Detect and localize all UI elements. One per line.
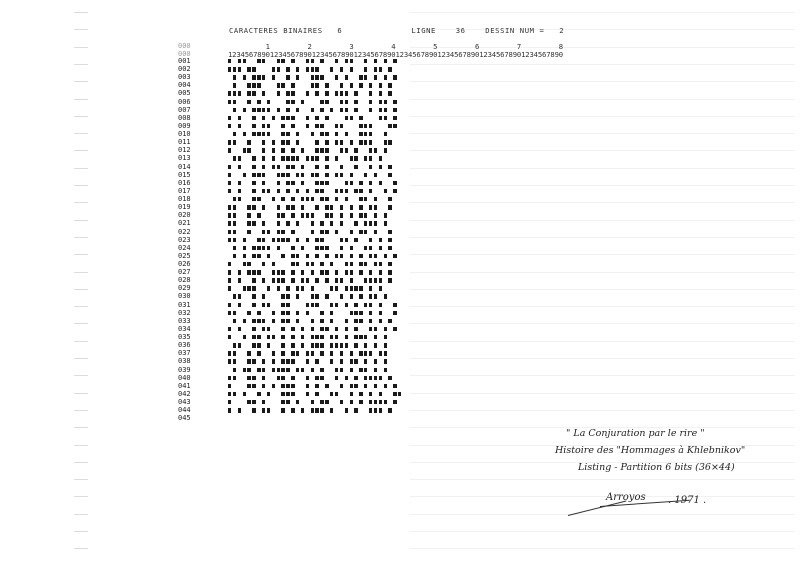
bit-dot	[384, 384, 387, 388]
bit-dot	[315, 376, 318, 380]
row-label: 023	[178, 236, 191, 244]
bit-dot	[335, 132, 338, 136]
bit-dot	[228, 327, 231, 331]
bit-dot	[286, 221, 289, 225]
bit-dot	[233, 75, 236, 79]
bit-dot	[320, 59, 323, 63]
bit-dot	[393, 108, 396, 112]
bit-dot	[359, 124, 362, 128]
bit-dot	[286, 140, 289, 144]
bit-dot	[364, 368, 367, 372]
bit-dot	[272, 278, 275, 282]
bit-dot	[267, 343, 270, 347]
bit-dot	[228, 400, 231, 404]
bit-dot	[252, 286, 255, 290]
bit-dot	[238, 165, 241, 169]
bit-dot	[388, 246, 391, 250]
bit-dot	[384, 189, 387, 193]
bit-dot	[350, 294, 353, 298]
bit-dot	[315, 294, 318, 298]
bit-dot	[384, 116, 387, 120]
row-label: 024	[178, 244, 191, 252]
bit-dot	[233, 246, 236, 250]
row-label: 019	[178, 203, 191, 211]
bit-dot	[277, 59, 280, 63]
bit-dot	[286, 165, 289, 169]
bit-dot	[228, 286, 231, 290]
bit-dot	[369, 156, 372, 160]
bit-dot	[272, 140, 275, 144]
bit-dot	[228, 205, 231, 209]
row-label: 033	[178, 317, 191, 325]
bit-dot	[335, 303, 338, 307]
bit-dot	[340, 173, 343, 177]
bit-dot	[286, 311, 289, 315]
bit-dot	[257, 319, 260, 323]
bit-dot	[354, 343, 357, 347]
bit-dot	[340, 278, 343, 282]
bit-dot	[247, 205, 250, 209]
bit-dot	[228, 67, 231, 71]
bit-dot	[315, 116, 318, 120]
bit-dot	[335, 343, 338, 347]
bit-dot	[359, 75, 362, 79]
bit-dot	[233, 213, 236, 217]
bit-dot	[369, 132, 372, 136]
bit-dot	[238, 270, 241, 274]
row-label: 042	[178, 390, 191, 398]
bit-dot	[247, 384, 250, 388]
bit-dot	[281, 319, 284, 323]
bit-dot	[228, 173, 231, 177]
bit-dot	[286, 286, 289, 290]
bit-dot	[320, 148, 323, 152]
bit-dot	[281, 270, 284, 274]
bit-dot	[311, 319, 314, 323]
bit-dot	[379, 400, 382, 404]
bit-dot	[325, 327, 328, 331]
bit-dot	[247, 100, 250, 104]
bit-dot	[262, 140, 265, 144]
bit-dot	[281, 140, 284, 144]
bit-dot	[393, 327, 396, 331]
bit-dot	[325, 173, 328, 177]
bit-dot	[301, 368, 304, 372]
bit-dot	[384, 59, 387, 63]
bit-dot	[350, 59, 353, 63]
bit-dot	[325, 165, 328, 169]
bit-dot	[393, 181, 396, 185]
bit-dot	[359, 286, 362, 290]
bit-dot	[296, 189, 299, 193]
bit-dot	[243, 59, 246, 63]
row-label: 010	[178, 130, 191, 138]
bit-dot	[325, 270, 328, 274]
ligne-label: LIGNE	[411, 26, 436, 35]
bit-dot	[306, 311, 309, 315]
bit-dot	[325, 156, 328, 160]
bit-dot	[388, 205, 391, 209]
bit-dot	[325, 400, 328, 404]
bit-dot	[374, 75, 377, 79]
bit-dot	[311, 173, 314, 177]
bit-dot	[301, 213, 304, 217]
bit-dot	[272, 156, 275, 160]
bit-dot	[325, 91, 328, 95]
bit-dot	[350, 173, 353, 177]
column-ruler-units: 1234567890123456789012345678901234567890…	[228, 50, 563, 59]
bit-dot	[281, 173, 284, 177]
bit-dot	[369, 376, 372, 380]
bit-dot	[335, 140, 338, 144]
bit-dot	[335, 286, 338, 290]
bit-dot	[315, 67, 318, 71]
bit-dot	[233, 67, 236, 71]
bit-dot	[388, 238, 391, 242]
ligne-value: 36	[456, 26, 466, 35]
row-label: 001	[178, 57, 191, 65]
bit-dot	[330, 351, 333, 355]
bit-dot	[233, 230, 236, 234]
bit-dot	[257, 59, 260, 63]
bit-dot	[291, 359, 294, 363]
bit-dot	[350, 311, 353, 315]
row-label: 036	[178, 341, 191, 349]
bit-dot	[354, 165, 357, 169]
bit-dot	[233, 311, 236, 315]
bit-dot	[320, 327, 323, 331]
bit-dot	[243, 132, 246, 136]
bit-dot	[247, 148, 250, 152]
bit-dot	[315, 173, 318, 177]
bit-dot	[228, 359, 231, 363]
bit-dot	[369, 392, 372, 396]
bit-dot	[306, 156, 309, 160]
bit-dot	[262, 205, 265, 209]
bit-dot	[354, 91, 357, 95]
bit-dot	[369, 254, 372, 258]
bit-dot	[379, 262, 382, 266]
bit-dot	[379, 303, 382, 307]
bit-dot	[281, 83, 284, 87]
bit-dot	[374, 359, 377, 363]
bit-dot	[257, 173, 260, 177]
bit-dot	[252, 270, 255, 274]
bit-dot	[252, 335, 255, 339]
bit-dot	[315, 303, 318, 307]
bit-dot	[364, 335, 367, 339]
bit-dot	[233, 100, 236, 104]
bit-dot	[388, 262, 391, 266]
bit-dot	[345, 132, 348, 136]
bit-dot	[369, 270, 372, 274]
bit-dot	[281, 400, 284, 404]
bit-dot	[281, 294, 284, 298]
bit-dot	[345, 197, 348, 201]
bit-dot	[364, 359, 367, 363]
bit-dot	[374, 230, 377, 234]
row-label: 015	[178, 171, 191, 179]
annotation-title: " La Conjuration par le rire "	[566, 428, 705, 439]
bit-dot	[325, 205, 328, 209]
bit-dot	[252, 132, 255, 136]
bit-dot	[257, 351, 260, 355]
bit-dot	[315, 384, 318, 388]
bit-dot	[262, 59, 265, 63]
bit-dot	[388, 165, 391, 169]
bit-dot	[335, 59, 338, 63]
bit-dot	[272, 197, 275, 201]
bit-dot	[335, 376, 338, 380]
bit-dot	[364, 343, 367, 347]
bit-dot	[345, 319, 348, 323]
bit-dot	[252, 319, 255, 323]
bit-dot	[247, 351, 250, 355]
bit-dot	[359, 294, 362, 298]
bit-dot	[315, 91, 318, 95]
bit-dot	[262, 148, 265, 152]
row-label: 022	[178, 228, 191, 236]
bit-dot	[384, 368, 387, 372]
row-label: 041	[178, 382, 191, 390]
bit-dot	[262, 376, 265, 380]
dessin-label: DESSIN NUM =	[485, 26, 544, 35]
bit-dot	[228, 100, 231, 104]
bit-dot	[243, 148, 246, 152]
bit-dot	[369, 400, 372, 404]
bit-dot	[345, 270, 348, 274]
bit-dot	[286, 294, 289, 298]
bit-dot	[247, 400, 250, 404]
bit-dot	[291, 165, 294, 169]
bit-dot	[311, 294, 314, 298]
row-label: 035	[178, 333, 191, 341]
bit-dot	[301, 165, 304, 169]
bit-dot	[325, 148, 328, 152]
bit-dot	[345, 262, 348, 266]
bit-dot	[281, 213, 284, 217]
bit-dot	[291, 408, 294, 412]
bit-dot	[374, 205, 377, 209]
bit-dot	[306, 124, 309, 128]
bit-dot	[330, 335, 333, 339]
bit-dot	[257, 311, 260, 315]
bit-dot	[233, 392, 236, 396]
bit-dot	[252, 408, 255, 412]
bit-dot	[296, 132, 299, 136]
bit-dot	[238, 189, 241, 193]
bit-dot	[393, 254, 396, 258]
bit-dot	[315, 140, 318, 144]
bit-dot	[296, 173, 299, 177]
bit-dot	[286, 205, 289, 209]
bit-dot	[228, 189, 231, 193]
caracteres-value: 6	[337, 26, 342, 35]
bit-dot	[306, 238, 309, 242]
row-label: 026	[178, 260, 191, 268]
bit-dot	[359, 83, 362, 87]
bit-dot	[325, 132, 328, 136]
bit-dot	[350, 368, 353, 372]
bit-dot	[359, 254, 362, 258]
bit-dot	[247, 262, 250, 266]
bit-dot	[374, 221, 377, 225]
bit-dot	[325, 140, 328, 144]
bit-dot	[238, 91, 241, 95]
bit-dot	[379, 67, 382, 71]
bit-dot	[311, 213, 314, 217]
bit-dot	[311, 197, 314, 201]
bit-dot	[306, 359, 309, 363]
bit-dot	[364, 221, 367, 225]
bit-dot	[286, 359, 289, 363]
bit-dot	[379, 351, 382, 355]
bit-dot	[257, 335, 260, 339]
bit-dot	[320, 100, 323, 104]
bit-dot	[364, 67, 367, 71]
dessin-value: 2	[559, 26, 564, 35]
bit-dot	[267, 189, 270, 193]
bit-dot	[369, 238, 372, 242]
bit-dot	[364, 59, 367, 63]
bit-dot	[262, 165, 265, 169]
bit-dot	[340, 351, 343, 355]
row-label: 014	[178, 163, 191, 171]
bit-dot	[306, 197, 309, 201]
bit-dot	[369, 278, 372, 282]
bit-dot	[340, 400, 343, 404]
bit-dot	[247, 221, 250, 225]
bit-dot	[388, 278, 391, 282]
bit-dot	[272, 262, 275, 266]
bit-dot	[359, 189, 362, 193]
bit-dot	[315, 343, 318, 347]
bit-dot	[384, 100, 387, 104]
bit-dot	[286, 319, 289, 323]
bit-dot	[359, 205, 362, 209]
bit-dot	[311, 335, 314, 339]
bit-dot	[388, 83, 391, 87]
bit-dot	[252, 83, 255, 87]
bit-dot	[384, 254, 387, 258]
bit-dot	[374, 213, 377, 217]
bit-dot	[291, 230, 294, 234]
row-label: 006	[178, 98, 191, 106]
bit-dot	[277, 286, 280, 290]
bit-dot	[369, 294, 372, 298]
bit-dot	[364, 197, 367, 201]
bit-dot	[335, 254, 338, 258]
row-label: 011	[178, 138, 191, 146]
bit-dot	[374, 197, 377, 201]
bit-dot	[296, 140, 299, 144]
bit-dot	[335, 173, 338, 177]
bit-dot	[277, 376, 280, 380]
bit-dot	[257, 83, 260, 87]
bit-dot	[315, 148, 318, 152]
bit-dot	[247, 91, 250, 95]
bit-dot	[252, 75, 255, 79]
bit-dot	[384, 400, 387, 404]
bit-dot	[345, 59, 348, 63]
bit-dot	[320, 238, 323, 242]
row-label: 028	[178, 276, 191, 284]
bit-dot	[252, 165, 255, 169]
bit-dot	[301, 286, 304, 290]
bit-dot	[277, 83, 280, 87]
bit-dot	[252, 359, 255, 363]
bit-dot	[238, 156, 241, 160]
bit-dot	[335, 270, 338, 274]
bit-dot	[238, 116, 241, 120]
bit-dot	[247, 286, 250, 290]
bit-dot	[345, 116, 348, 120]
bit-dot	[291, 335, 294, 339]
bit-dot	[325, 254, 328, 258]
bit-dot	[350, 156, 353, 160]
bit-dot	[350, 359, 353, 363]
bit-dot	[301, 100, 304, 104]
bit-dot	[335, 392, 338, 396]
bit-dot	[257, 75, 260, 79]
bit-dot	[364, 351, 367, 355]
bit-dot	[364, 376, 367, 380]
bit-dot	[262, 319, 265, 323]
bit-dot	[393, 189, 396, 193]
bit-dot	[369, 124, 372, 128]
bit-dot	[277, 270, 280, 274]
bit-dot	[320, 246, 323, 250]
bit-dot	[374, 400, 377, 404]
bit-dot	[247, 83, 250, 87]
bit-dot	[272, 67, 275, 71]
bit-dot	[359, 262, 362, 266]
bit-dot	[233, 319, 236, 323]
bit-dot	[238, 278, 241, 282]
row-label: 021	[178, 219, 191, 227]
bit-dot	[364, 124, 367, 128]
bit-dot	[311, 156, 314, 160]
bit-dot	[281, 148, 284, 152]
bit-dot	[301, 270, 304, 274]
bit-dot	[369, 181, 372, 185]
bit-dot	[301, 181, 304, 185]
bit-dot	[359, 319, 362, 323]
bit-dot	[345, 181, 348, 185]
bit-dot	[354, 335, 357, 339]
bit-dot	[281, 392, 284, 396]
bit-dot	[320, 335, 323, 339]
bit-dot	[296, 238, 299, 242]
bit-dot	[335, 278, 338, 282]
bit-dot	[359, 311, 362, 315]
bit-dot	[243, 254, 246, 258]
bit-dot	[281, 343, 284, 347]
bit-dot	[277, 189, 280, 193]
bit-dot	[272, 116, 275, 120]
bit-dot	[238, 181, 241, 185]
row-label: 018	[178, 195, 191, 203]
bit-dot	[350, 392, 353, 396]
bit-dot	[350, 116, 353, 120]
bit-dot	[315, 238, 318, 242]
bit-dot	[291, 91, 294, 95]
bit-dot	[243, 368, 246, 372]
bit-dot	[228, 124, 231, 128]
bit-dot	[252, 327, 255, 331]
bit-dot	[354, 100, 357, 104]
bit-dot	[286, 189, 289, 193]
